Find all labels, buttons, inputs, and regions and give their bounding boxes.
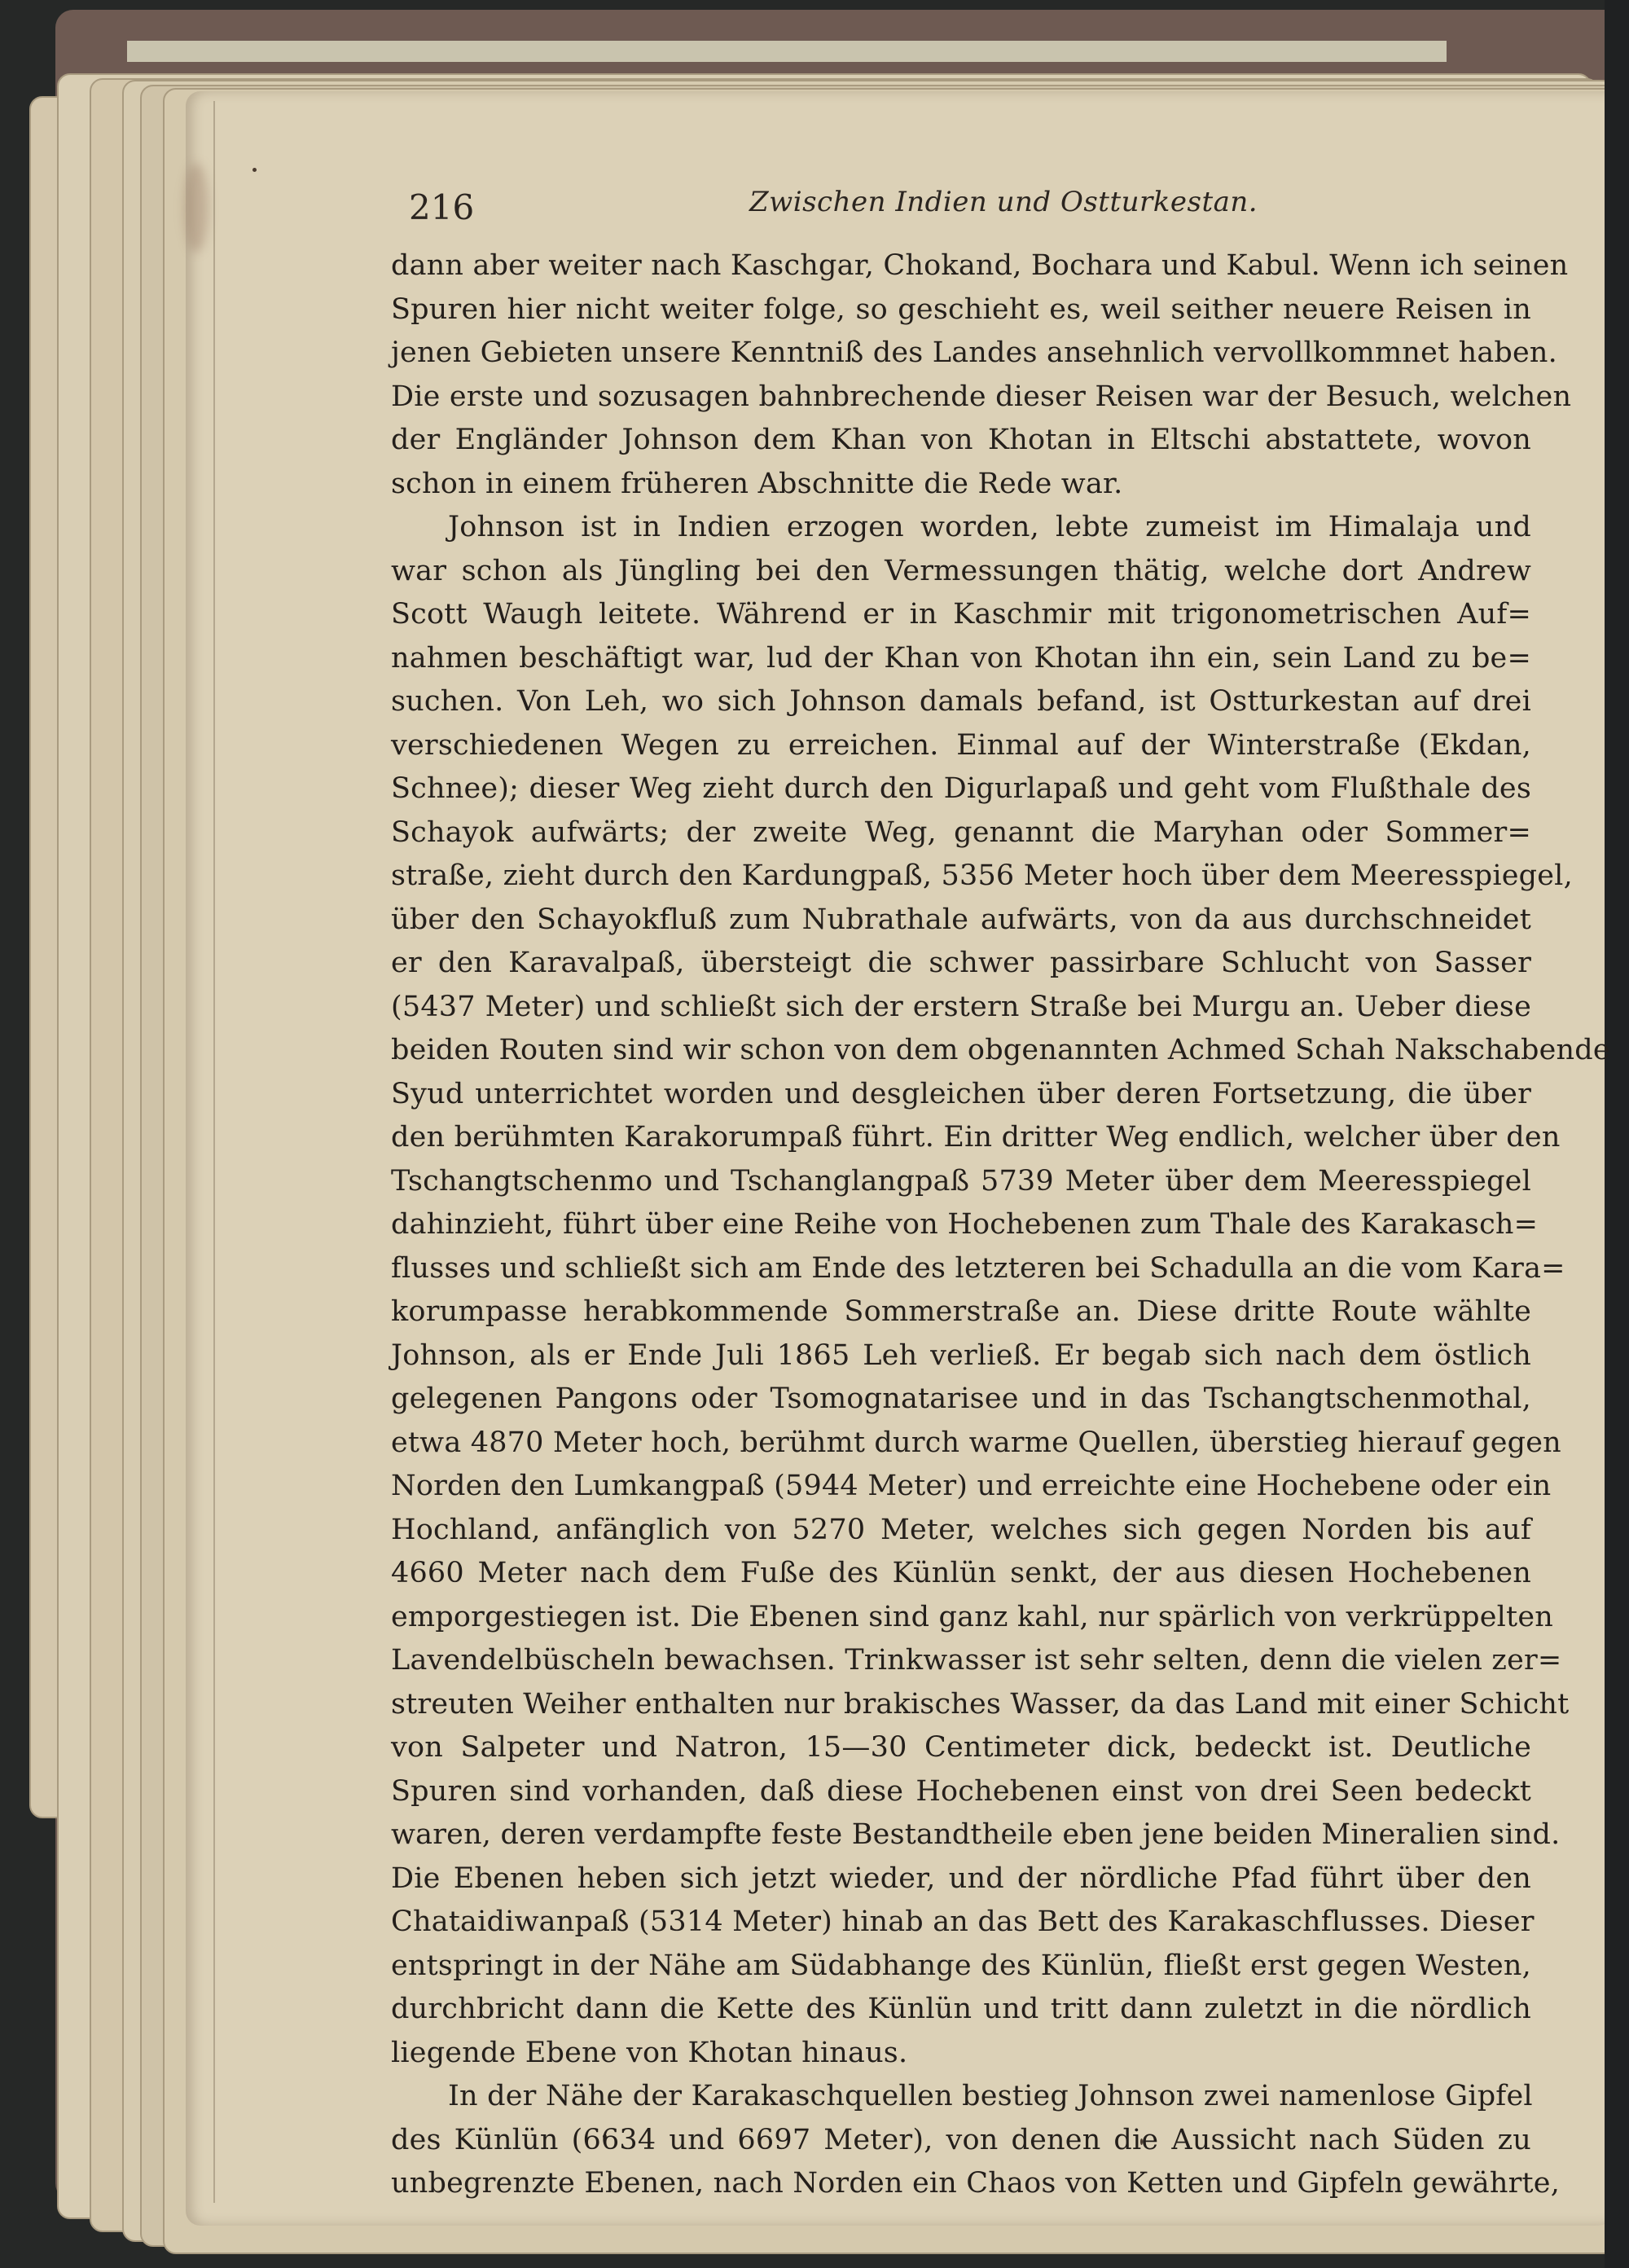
body-text: dann aber weiter nach Kaschgar, Chokand,…: [391, 244, 1531, 2206]
text-line: er den Karavalpaß, übersteigt die schwer…: [391, 942, 1531, 986]
text-line: dann aber weiter nach Kaschgar, Chokand,…: [391, 244, 1531, 288]
text-line: 4660 Meter nach dem Fuße des Künlün senk…: [391, 1552, 1531, 1596]
text-line: Norden den Lumkangpaß (5944 Meter) und e…: [391, 1465, 1531, 1509]
text-line: des Künlün (6634 und 6697 Meter), von de…: [391, 2119, 1531, 2163]
text-line: suchen. Von Leh, wo sich Johnson damals …: [391, 680, 1531, 724]
foxing-stain: [184, 163, 209, 253]
text-line: Lavendelbüscheln bewachsen. Trinkwasser …: [391, 1639, 1531, 1683]
text-line: straße, zieht durch den Kardungpaß, 5356…: [391, 855, 1531, 899]
text-line: beiden Routen sind wir schon von dem obg…: [391, 1029, 1531, 1073]
text-line: der Engländer Johnson dem Khan von Khota…: [391, 419, 1531, 463]
text-line: Johnson ist in Indien erzogen worden, le…: [391, 506, 1531, 550]
text-line: von Salpeter und Natron, 15—30 Centimete…: [391, 1726, 1531, 1770]
text-line: Syud unterrichtet worden und desgleichen…: [391, 1073, 1531, 1117]
text-line: jenen Gebieten unsere Kenntniß des Lande…: [391, 332, 1531, 376]
text-line: Hochland, anfänglich von 5270 Meter, wel…: [391, 1509, 1531, 1553]
text-line: In der Nähe der Karakaschquellen bestieg…: [391, 2075, 1531, 2119]
page-text-block: 216 Zwischen Indien und Ostturkestan. da…: [391, 186, 1531, 2206]
text-line: über den Schayokfluß zum Nubrathale aufw…: [391, 899, 1531, 943]
text-line: flusses und schließt sich am Ende des le…: [391, 1247, 1531, 1291]
text-line: Tschangtschenmo und Tschanglangpaß 5739 …: [391, 1160, 1531, 1204]
page-number: 216: [409, 187, 474, 227]
text-line: den berühmten Karakorumpaß führt. Ein dr…: [391, 1116, 1531, 1160]
text-line: dahinzieht, führt über eine Reihe von Ho…: [391, 1203, 1531, 1247]
text-line: Die erste und sozusagen bahnbrechende di…: [391, 376, 1531, 420]
text-line: Spuren sind vorhanden, daß diese Hochebe…: [391, 1770, 1531, 1814]
endpaper-strip: [127, 41, 1447, 62]
text-line: Die Ebenen heben sich jetzt wieder, und …: [391, 1857, 1531, 1901]
running-head: 216 Zwischen Indien und Ostturkestan.: [391, 186, 1531, 244]
text-line: streuten Weiher enthalten nur brakisches…: [391, 1683, 1531, 1727]
ink-speck: [252, 168, 257, 172]
text-line: unbegrenzte Ebenen, nach Norden ein Chao…: [391, 2162, 1531, 2206]
text-line: Chataidiwanpaß (5314 Meter) hinab an das…: [391, 1901, 1531, 1945]
text-line: Spuren hier nicht weiter folge, so gesch…: [391, 288, 1531, 332]
text-line: nahmen beschäftigt war, lud der Khan von…: [391, 637, 1531, 681]
text-line: schon in einem früheren Abschnitte die R…: [391, 463, 1531, 507]
text-line: Schayok aufwärts; der zweite Weg, genann…: [391, 811, 1531, 855]
text-line: korumpasse herabkommende Sommerstraße an…: [391, 1290, 1531, 1334]
text-line: emporgestiegen ist. Die Ebenen sind ganz…: [391, 1596, 1531, 1640]
text-line: (5437 Meter) und schließt sich der erste…: [391, 986, 1531, 1030]
page-fold-line: [213, 101, 215, 2203]
text-line: Johnson, als er Ende Juli 1865 Leh verli…: [391, 1334, 1531, 1378]
text-line: entspringt in der Nähe am Südabhange des…: [391, 1945, 1531, 1989]
text-line: Schnee); dieser Weg zieht durch den Digu…: [391, 767, 1531, 811]
text-line: etwa 4870 Meter hoch, berühmt durch warm…: [391, 1422, 1531, 1466]
scan-edge: [1605, 0, 1629, 2268]
text-line: waren, deren verdampfte feste Bestandthe…: [391, 1813, 1531, 1857]
text-line: liegende Ebene von Khotan hinaus.: [391, 2032, 1531, 2076]
text-line: gelegenen Pangons oder Tsomognatarisee u…: [391, 1378, 1531, 1422]
text-line: Scott Waugh leitete. Während er in Kasch…: [391, 593, 1531, 637]
running-title: Zwischen Indien und Ostturkestan.: [749, 186, 1258, 218]
text-line: war schon als Jüngling bei den Vermessun…: [391, 550, 1531, 594]
text-line: durchbricht dann die Kette des Künlün un…: [391, 1988, 1531, 2032]
text-line: verschiedenen Wegen zu erreichen. Einmal…: [391, 724, 1531, 768]
